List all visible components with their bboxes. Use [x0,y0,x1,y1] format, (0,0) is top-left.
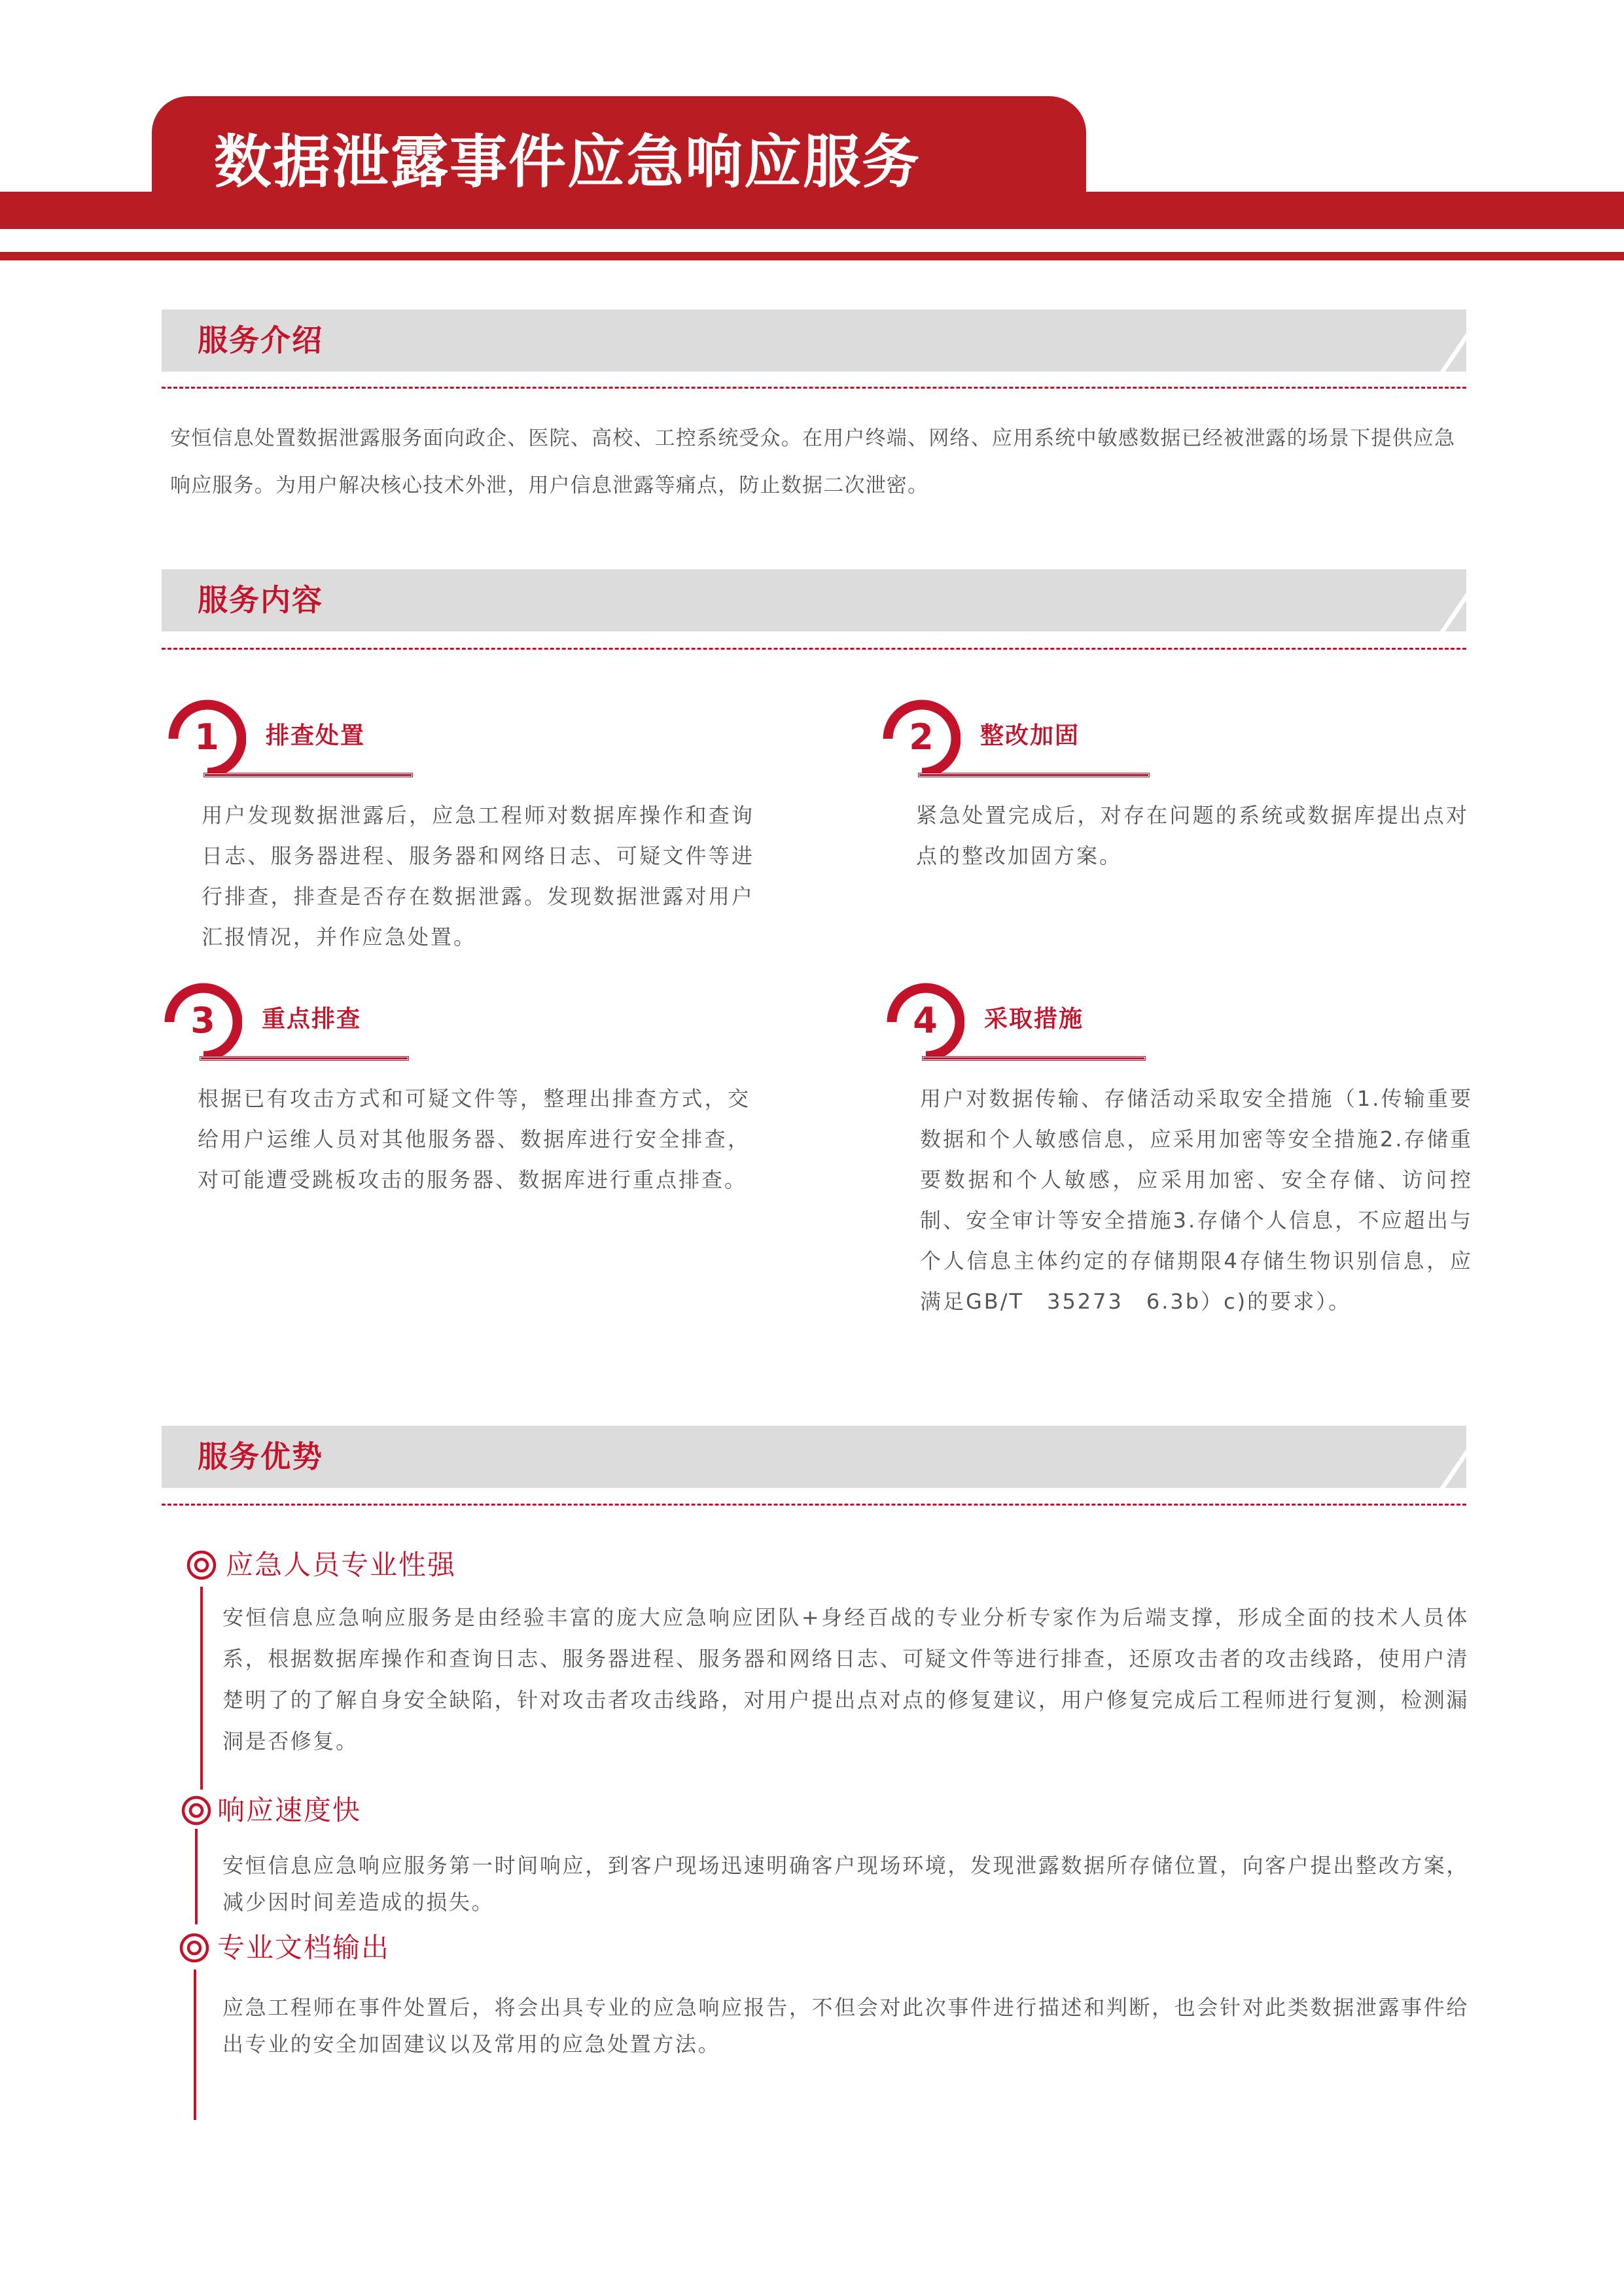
item-body: 根据已有攻击方式和可疑文件等，整理出排查方式，交给用户运维人员对其他服务器、数据… [198,1078,750,1200]
item-underline [918,773,1150,777]
dashed-divider [162,1504,1466,1506]
section-header-content: 服务内容 [162,569,1466,631]
advantage-title: 应急人员专业性强 [226,1545,456,1585]
section-title: 服务内容 [198,569,323,631]
item-body: 用户发现数据泄露后，应急工程师对数据库操作和查询日志、服务器进程、服务器和网络日… [202,795,754,957]
item-number: 1 [177,698,237,777]
section-header-intro: 服务介绍 [162,309,1466,372]
advantage-vertical-line [200,1587,203,1790]
item-body: 用户对数据传输、存储活动采取安全措施（1.传输重要数据和个人敏感信息，应采用加密… [920,1078,1473,1322]
section-header-advantages: 服务优势 [162,1426,1466,1488]
item-title: 排查处置 [266,716,365,756]
item-title: 采取措施 [984,1000,1084,1039]
section-title: 服务优势 [198,1426,323,1488]
title-divider-line [0,252,1624,260]
item-body: 紧急处置完成后，对存在问题的系统或数据库提出点对点的整改加固方案。 [916,795,1469,876]
advantage-vertical-line [195,1829,198,1924]
dashed-divider [162,648,1466,650]
item-number: 2 [891,698,951,777]
item-title: 重点排查 [262,1000,361,1039]
slash-decoration-icon [1436,326,1466,372]
dashed-divider [162,387,1466,389]
advantage-title: 响应速度快 [217,1791,361,1830]
item-underline [922,1056,1146,1061]
target-icon [181,1795,211,1826]
advantage-body: 应急工程师在事件处置后，将会出具专业的应急响应报告，不但会对此次事件进行描述和判… [222,1989,1469,2062]
intro-paragraph: 安恒信息处置数据泄露服务面向政企、医院、高校、工控系统受众。在用户终端、网络、应… [170,415,1472,509]
item-underline [203,773,413,777]
advantage-body: 安恒信息应急响应服务是由经验丰富的庞大应急响应团队+身经百战的专业分析专家作为后… [222,1597,1469,1762]
item-title: 整改加固 [980,716,1080,756]
item-number: 4 [895,981,955,1060]
target-icon [179,1933,209,1963]
advantage-title: 专业文档输出 [217,1928,390,1968]
item-number: 3 [173,981,233,1060]
slash-decoration-icon [1436,1442,1466,1488]
advantage-vertical-line [194,1969,196,2120]
page-title: 数据泄露事件应急响应服务 [214,126,921,198]
target-icon [186,1550,217,1580]
slash-decoration-icon [1436,586,1466,631]
advantage-body: 安恒信息应急响应服务第一时间响应，到客户现场迅速明确客户现场环境，发现泄露数据所… [222,1847,1469,1920]
item-underline [200,1056,409,1061]
section-title: 服务介绍 [198,309,323,372]
